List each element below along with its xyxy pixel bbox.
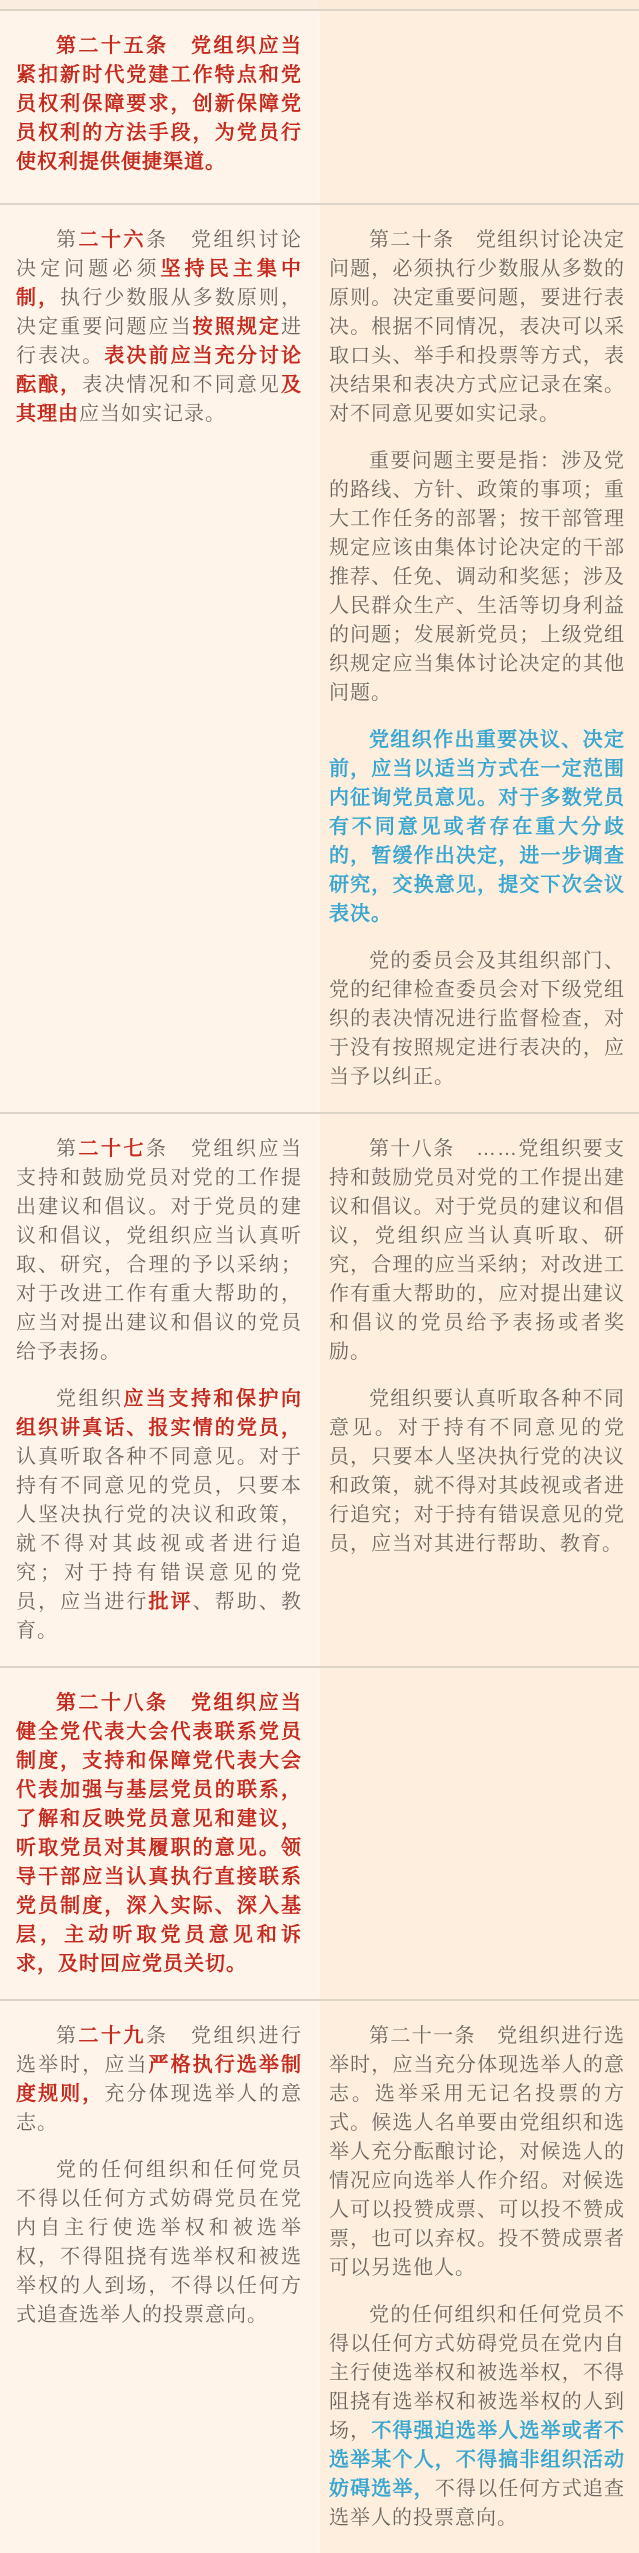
paragraph: 第二十六条 党组织讨论决定问题必须坚持民主集中制，执行少数服从多数原则，决定重要… [16, 226, 302, 429]
red-highlight-text: 二十六 [79, 229, 147, 251]
paragraph: 党组织应当支持和保护向组织讲真话、报实情的党员，认真听取各种不同意见。对于持有不… [16, 1385, 302, 1646]
row-article-25-right-cell [318, 11, 639, 203]
body-text: 党的任何组织和任何党员不得以任何方式妨碍党员在党内自主行使选举权和被选举权，不得… [16, 2159, 302, 2326]
paragraph: 第二十五条 党组织应当紧扣新时代党建工作特点和党员权利保障要求，创新保障党员权利… [16, 32, 302, 177]
body-text: 党组织要认真听取各种不同意见。对于持有不同意见的党员，只要本人坚决执行党的决议和… [329, 1388, 625, 1555]
row-article-29-vs-article-21-left-cell: 第二十九条 党组织进行选举时，应当严格执行选举制度规则，充分体现选举人的意志。党… [0, 2001, 318, 2553]
paragraph: 党的任何组织和任何党员不得以任何方式妨碍党员在党内自主行使选举权和被选举权，不得… [329, 2301, 625, 2533]
body-text: 第二十条 党组织讨论决定问题，必须执行少数服从多数的原则。决定重要问题，要进行表… [329, 229, 625, 425]
paragraph: 第二十条 党组织讨论决定问题，必须执行少数服从多数的原则。决定重要问题，要进行表… [329, 226, 625, 429]
body-text: 认真听取各种不同意见。对于持有不同意见的党员，只要本人坚决执行党的决议和政策，就… [16, 1446, 302, 1613]
row-article-26-vs-article-20-right-cell: 第二十条 党组织讨论决定问题，必须执行少数服从多数的原则。决定重要问题，要进行表… [318, 205, 639, 1112]
body-text: 第二十一条 党组织进行选举时，应当充分体现选举人的意志。选举采用无记名投票的方式… [329, 2025, 625, 2279]
previous-row-edge [0, 0, 639, 9]
body-text: 第 [56, 2025, 79, 2047]
paragraph: 党组织作出重要决议、决定前，应当以适当方式在一定范围内征询党员意见。对于多数党员… [329, 726, 625, 929]
regulation-comparison-document: 第二十五条 党组织应当紧扣新时代党建工作特点和党员权利保障要求，创新保障党员权利… [0, 0, 639, 2553]
body-text: 表决情况和不同意见 [82, 374, 281, 396]
comparison-table: 第二十五条 党组织应当紧扣新时代党建工作特点和党员权利保障要求，创新保障党员权利… [0, 9, 639, 2553]
previous-row-right-edge [318, 0, 639, 9]
row-article-25: 第二十五条 党组织应当紧扣新时代党建工作特点和党员权利保障要求，创新保障党员权利… [0, 9, 639, 203]
body-text: 条 党组织应当支持和鼓励党员对党的工作提出建议和倡议。对于党员的建议和倡议，党组… [16, 1138, 302, 1363]
row-article-26-vs-article-20: 第二十六条 党组织讨论决定问题必须坚持民主集中制，执行少数服从多数原则，决定重要… [0, 203, 639, 1112]
red-highlight-text: 按照规定 [193, 316, 281, 338]
row-article-25-left-cell: 第二十五条 党组织应当紧扣新时代党建工作特点和党员权利保障要求，创新保障党员权利… [0, 11, 318, 203]
body-text: 应当如实记录。 [79, 403, 226, 425]
row-article-27-vs-article-18-right-cell: 第十八条 ……党组织要支持和鼓励党员对党的工作提出建议和倡议。对于党员的建议和倡… [318, 1114, 639, 1666]
row-article-29-vs-article-21-right-cell: 第二十一条 党组织进行选举时，应当充分体现选举人的意志。选举采用无记名投票的方式… [318, 2001, 639, 2553]
paragraph: 党的任何组织和任何党员不得以任何方式妨碍党员在党内自主行使选举权和被选举权，不得… [16, 2156, 302, 2330]
paragraph: 第二十一条 党组织进行选举时，应当充分体现选举人的意志。选举采用无记名投票的方式… [329, 2022, 625, 2283]
body-text: 党组织 [56, 1388, 124, 1410]
paragraph: 第十八条 ……党组织要支持和鼓励党员对党的工作提出建议和倡议。对于党员的建议和倡… [329, 1135, 625, 1367]
red-highlight-text: 第二十五条 党组织应当紧扣新时代党建工作特点和党员权利保障要求，创新保障党员权利… [16, 35, 302, 173]
body-text: 第十八条 ……党组织要支持和鼓励党员对党的工作提出建议和倡议。对于党员的建议和倡… [329, 1138, 625, 1363]
row-article-27-vs-article-18-left-cell: 第二十七条 党组织应当支持和鼓励党员对党的工作提出建议和倡议。对于党员的建议和倡… [0, 1114, 318, 1666]
paragraph: 第二十七条 党组织应当支持和鼓励党员对党的工作提出建议和倡议。对于党员的建议和倡… [16, 1135, 302, 1367]
row-article-29-vs-article-21: 第二十九条 党组织进行选举时，应当严格执行选举制度规则，充分体现选举人的意志。党… [0, 1999, 639, 2553]
paragraph: 第二十八条 党组织应当健全党代表大会代表联系党员制度，支持和保障党代表大会代表加… [16, 1689, 302, 1979]
paragraph: 党组织要认真听取各种不同意见。对于持有不同意见的党员，只要本人坚决执行党的决议和… [329, 1385, 625, 1559]
red-highlight-text: 二十七 [79, 1138, 147, 1160]
row-article-27-vs-article-18: 第二十七条 党组织应当支持和鼓励党员对党的工作提出建议和倡议。对于党员的建议和倡… [0, 1112, 639, 1666]
red-highlight-text: 批评 [149, 1591, 193, 1613]
red-highlight-text: 二十九 [79, 2025, 147, 2047]
red-highlight-text: 第二十八条 党组织应当健全党代表大会代表联系党员制度，支持和保障党代表大会代表加… [16, 1692, 302, 1975]
body-text: 第 [56, 1138, 79, 1160]
paragraph: 党的委员会及其组织部门、党的纪律检查委员会对下级党组织的表决情况进行监督检查，对… [329, 947, 625, 1092]
paragraph: 第二十九条 党组织进行选举时，应当严格执行选举制度规则，充分体现选举人的意志。 [16, 2022, 302, 2138]
row-article-26-vs-article-20-left-cell: 第二十六条 党组织讨论决定问题必须坚持民主集中制，执行少数服从多数原则，决定重要… [0, 205, 318, 1112]
paragraph: 重要问题主要是指：涉及党的路线、方针、政策的事项；重大工作任务的部署；按干部管理… [329, 447, 625, 708]
row-article-28-right-cell [318, 1668, 639, 1999]
teal-highlight-text: 党组织作出重要决议、决定前，应当以适当方式在一定范围内征询党员意见。对于多数党员… [329, 729, 625, 925]
body-text: 第 [56, 229, 79, 251]
previous-row-left-edge [0, 0, 318, 9]
row-article-28: 第二十八条 党组织应当健全党代表大会代表联系党员制度，支持和保障党代表大会代表加… [0, 1666, 639, 1999]
row-article-28-left-cell: 第二十八条 党组织应当健全党代表大会代表联系党员制度，支持和保障党代表大会代表加… [0, 1668, 318, 1999]
body-text: 党的委员会及其组织部门、党的纪律检查委员会对下级党组织的表决情况进行监督检查，对… [329, 950, 625, 1088]
body-text: 重要问题主要是指：涉及党的路线、方针、政策的事项；重大工作任务的部署；按干部管理… [329, 450, 625, 704]
